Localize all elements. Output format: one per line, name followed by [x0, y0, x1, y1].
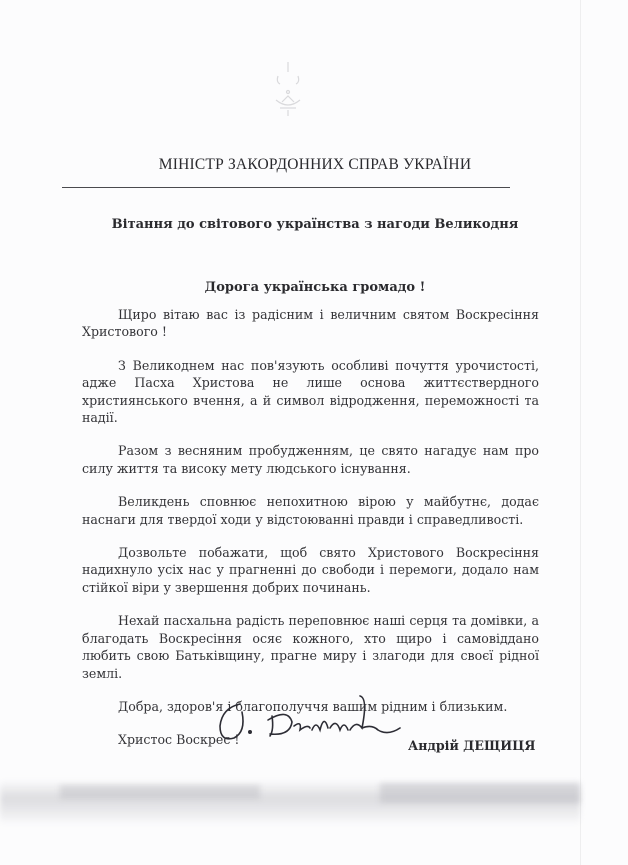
paragraph: Великдень сповнює непохитною вірою у май…: [82, 493, 539, 528]
scan-smudge: [380, 783, 580, 803]
paragraph: Дозвольте побажати, щоб свято Христового…: [82, 544, 539, 596]
paragraph: Щиро вітаю вас із радісним і величним св…: [82, 306, 539, 341]
letter-greeting: Дорога українська громадо !: [60, 280, 570, 295]
handwritten-signature-icon: [212, 690, 412, 750]
scan-smudge: [60, 785, 260, 799]
signer-name: Андрій ДЕЩИЦЯ: [408, 738, 535, 753]
paragraph: З Великоднем нас пов'язують особливі поч…: [82, 357, 539, 427]
trident-emblem-icon: [268, 58, 308, 118]
scan-edge: [580, 0, 581, 865]
letter-page: МІНІСТР ЗАКОРДОННИХ СПРАВ УКРАЇНИ Вітанн…: [0, 0, 628, 865]
ministry-heading: МІНІСТР ЗАКОРДОННИХ СПРАВ УКРАЇНИ: [60, 156, 570, 174]
letter-title: Вітання до світового українства з нагоди…: [60, 217, 570, 232]
header-divider: [62, 187, 510, 188]
paragraph: Разом з весняним пробудженням, це свято …: [82, 442, 539, 477]
paragraph: Нехай пасхальна радість переповнює наші …: [82, 612, 539, 682]
